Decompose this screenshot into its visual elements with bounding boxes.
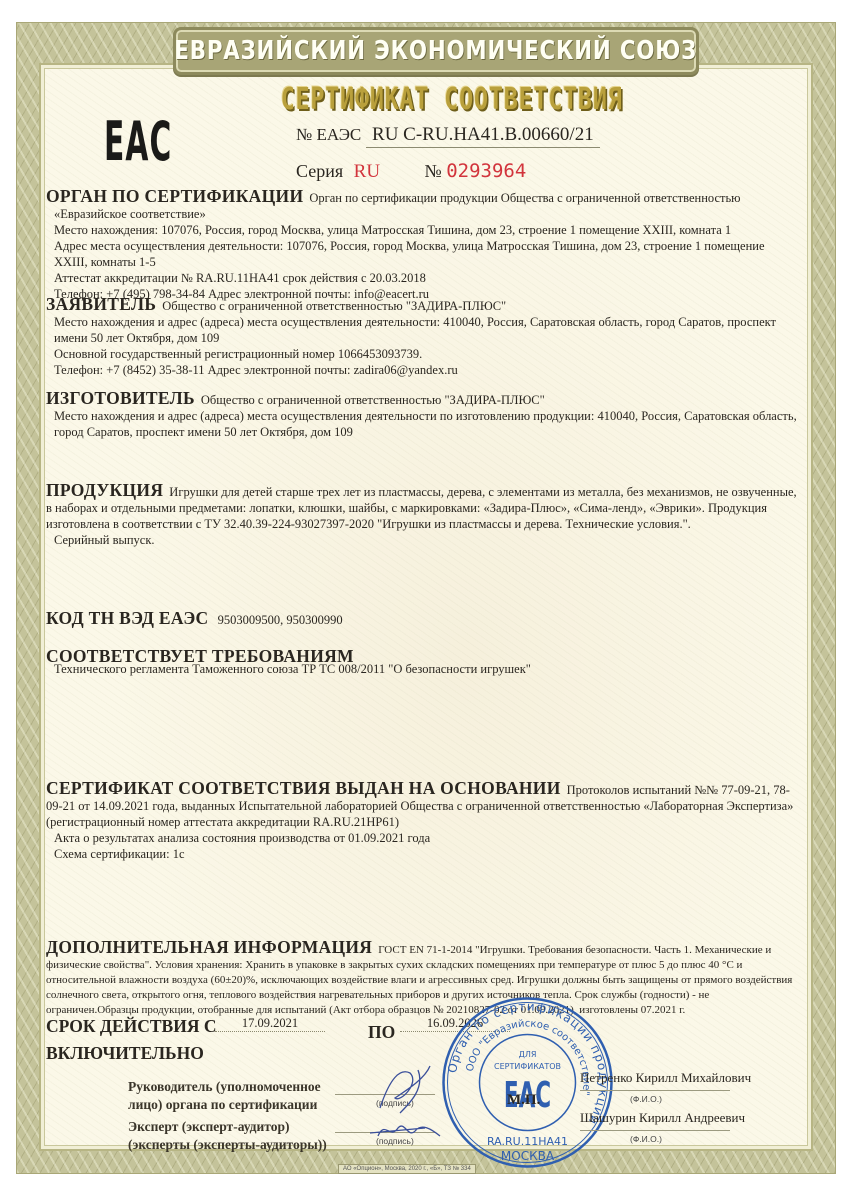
tn-ved-value: 9503009500, 950300990 <box>218 613 343 627</box>
body-accreditation: Аттестат аккредитации № RA.RU.11HA41 сро… <box>46 270 801 286</box>
section-product: ПРОДУКЦИЯИгрушки для детей старше трех л… <box>46 482 801 548</box>
section-additional: ДОПОЛНИТЕЛЬНАЯ ИНФОРМАЦИЯГОСТ EN 71-1-20… <box>46 940 801 1018</box>
section-requirements: СООТВЕТСТВУЕТ ТРЕБОВАНИЯМ Технического р… <box>46 648 801 677</box>
body-activity-address: Адрес места осуществления деятельности: … <box>46 238 801 270</box>
applicant-name: Общество с ограниченной ответственностью… <box>162 299 506 313</box>
number-value: RU C-RU.HA41.B.00660/21 <box>366 124 600 148</box>
head-fio-caption: (Ф.И.О.) <box>630 1094 662 1104</box>
section-heading: ДОПОЛНИТЕЛЬНАЯ ИНФОРМАЦИЯ <box>46 937 372 957</box>
seal-label: М.П. <box>507 1092 540 1109</box>
series-value: RU <box>354 161 380 182</box>
validity-from-label: СРОК ДЕЙСТВИЯ С <box>46 1016 216 1036</box>
head-label: Руководитель (уполномоченное лицо) орган… <box>128 1078 321 1114</box>
union-banner: ЕВРАЗИЙСКИЙ ЭКОНОМИЧЕСКИЙ СОЮЗ <box>173 27 699 75</box>
certificate-number: № ЕАЭС RU C-RU.HA41.B.00660/21 <box>296 124 600 148</box>
expert-fio-line <box>580 1130 730 1131</box>
validity-from-value: 17.09.2021 <box>215 1016 325 1032</box>
number-label: № ЕАЭС <box>296 125 361 144</box>
section-heading: ПРОДУКЦИЯ <box>46 480 163 500</box>
validity-block: СРОК ДЕЙСТВИЯ С ВКЛЮЧИТЕЛЬНО <box>46 1016 216 1064</box>
section-manufacturer: ИЗГОТОВИТЕЛЬОбщество с ограниченной отве… <box>46 390 801 440</box>
svg-text:МОСКВА: МОСКВА <box>501 1149 555 1163</box>
series-label: Серия <box>296 161 343 181</box>
head-fio-line <box>580 1090 730 1091</box>
section-heading: ЗАЯВИТЕЛЬ <box>46 294 156 314</box>
applicant-ogrn: Основной государственный регистрационный… <box>46 346 801 362</box>
svg-text:RA.RU.11HA41: RA.RU.11HA41 <box>487 1135 568 1148</box>
section-basis: СЕРТИФИКАТ СООТВЕТСТВИЯ ВЫДАН НА ОСНОВАН… <box>46 780 801 862</box>
section-heading: СЕРТИФИКАТ СООТВЕТСТВИЯ ВЫДАН НА ОСНОВАН… <box>46 778 561 798</box>
svg-text:СЕРТИФИКАТОВ: СЕРТИФИКАТОВ <box>494 1062 561 1071</box>
document-title: СЕРТИФИКАТ СООТВЕТСТВИЯ <box>281 82 570 117</box>
eac-logo-icon: ЕАС <box>104 110 172 173</box>
expert-label: Эксперт (эксперт-аудитор) (эксперты (экс… <box>128 1118 327 1154</box>
basis-scheme: Схема сертификации: 1с <box>46 846 801 862</box>
body-name-2: «Евразийское соответствие» <box>46 206 801 222</box>
head-name: Петренко Кирилл Михайлович <box>580 1070 751 1086</box>
validity-to-label: ПО <box>368 1022 395 1043</box>
serial-label: № <box>425 161 442 181</box>
body-name: Орган по сертификации продукции Общества… <box>309 191 740 205</box>
requirements-text: Технического регламента Таможенного союз… <box>46 661 801 677</box>
series-row: Серия RU № 0293964 <box>296 160 526 183</box>
union-banner-text: ЕВРАЗИЙСКИЙ ЭКОНОМИЧЕСКИЙ СОЮЗ <box>175 36 698 66</box>
svg-text:ДЛЯ: ДЛЯ <box>519 1050 537 1059</box>
body-location: Место нахождения: 107076, Россия, город … <box>46 222 801 238</box>
section-heading: ИЗГОТОВИТЕЛЬ <box>46 388 195 408</box>
handwritten-signatures-icon <box>370 1058 450 1148</box>
section-heading: ОРГАН ПО СЕРТИФИКАЦИИ <box>46 186 303 206</box>
basis-act: Акта о результатах анализа состояния про… <box>46 830 801 846</box>
validity-inclusive-label: ВКЛЮЧИТЕЛЬНО <box>46 1043 204 1063</box>
section-tn-ved: КОД ТН ВЭД ЕАЭС 9503009500, 950300990 <box>46 610 801 628</box>
serial-value: 0293964 <box>446 160 526 182</box>
expert-name: Шашурин Кирилл Андреевич <box>580 1110 745 1126</box>
applicant-contacts: Телефон: +7 (8452) 35-38-11 Адрес электр… <box>46 362 801 378</box>
product-release: Серийный выпуск. <box>46 532 801 548</box>
expert-fio-caption: (Ф.И.О.) <box>630 1134 662 1144</box>
manufacturer-address: Место нахождения и адрес (адреса) места … <box>46 408 801 440</box>
section-applicant: ЗАЯВИТЕЛЬОбщество с ограниченной ответст… <box>46 296 801 378</box>
manufacturer-name: Общество с ограниченной ответственностью… <box>201 393 545 407</box>
printer-imprint: АО «Опцион», Москва, 2020 г., «Б», ТЗ № … <box>338 1164 476 1174</box>
section-certification-body: ОРГАН ПО СЕРТИФИКАЦИИОрган по сертификац… <box>46 188 801 302</box>
applicant-address: Место нахождения и адрес (адреса) места … <box>46 314 801 346</box>
section-heading: КОД ТН ВЭД ЕАЭС <box>46 608 208 628</box>
